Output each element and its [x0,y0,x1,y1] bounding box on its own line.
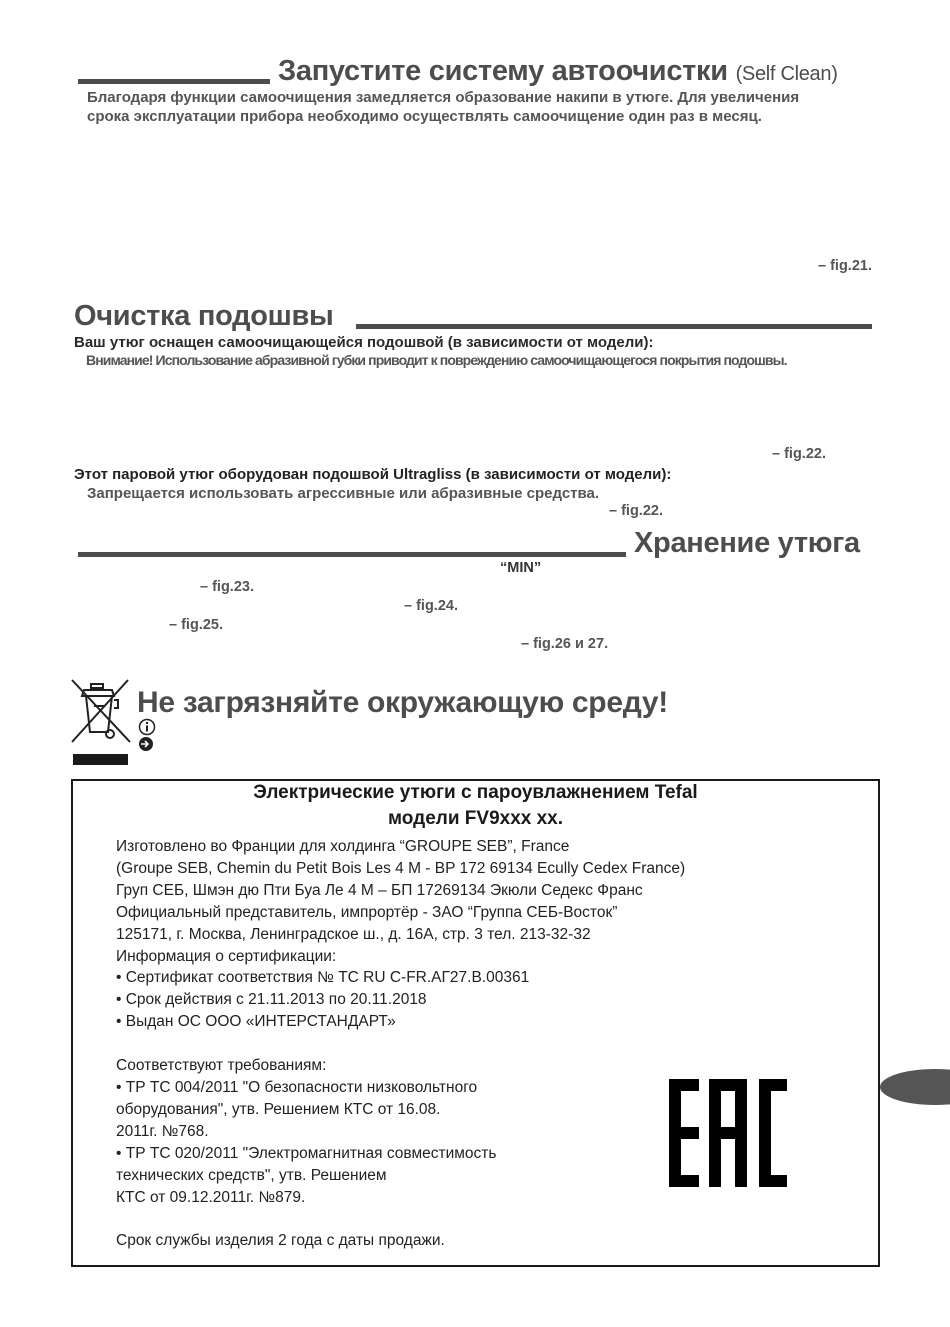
storage-heading: Хранение утюга [634,527,860,560]
certificate-line: (Groupe SEB, Chemin du Petit Bois Les 4 … [116,858,685,880]
heading-rule [78,79,270,84]
self-cleaning-label: Ваш утюг оснащен самоочищающейся подошво… [74,333,654,352]
certificate-line: • Выдан ОС ООО «ИНТЕРСТАНДАРТ» [116,1011,685,1033]
certificate-line: 125171, г. Москва, Ленинградское ш., д. … [116,924,685,946]
certificate-title-1: Электрические утюги с пароувлажнением Te… [73,782,878,804]
heading-rule [78,552,626,557]
certificate-line: Официальный представитель, импрортёр - З… [116,902,685,924]
certificate-line: Соответствуют требованиям: [116,1055,685,1077]
fig-ref-21: – fig.21. [818,258,872,274]
certificate-box: Электрические утюги с пароувлажнением Te… [71,779,880,1267]
fig-ref-22a: – fig.22. [772,446,826,462]
ultragliss-warning: Запрещается использовать агрессивные или… [87,484,599,503]
self-clean-intro-2: срока эксплуатации прибора необходимо ос… [87,107,762,126]
self-clean-heading: Запустите систему автоочистки (Self Clea… [278,55,838,88]
certificate-line: 2011г. №768. [116,1121,685,1143]
certificate-line: • ТР ТС 020/2011 "Электромагнитная совме… [116,1143,685,1165]
page-tab-marker [880,1069,950,1105]
recycle-arrow-icon [138,736,154,752]
certificate-line: • Сертификат соответствия № ТС RU C-FR.А… [116,967,685,989]
ultragliss-label: Этот паровой утюг оборудован подошвой Ul… [74,465,671,484]
fig-ref-26-27: – fig.26 и 27. [521,636,608,652]
certificate-line: КТС от 09.12.2011г. №879. [116,1187,685,1209]
certificate-title-2: модели FV9xxx xx. [73,808,878,830]
heading-rule [356,324,872,329]
certificate-line: технических средств", утв. Решением [116,1165,685,1187]
min-label: “MIN” [500,560,541,576]
certificate-line: • ТР ТС 004/2011 "О безопасности низково… [116,1077,685,1099]
blank-line [116,1208,685,1230]
abrasive-warning: Внимание! Использование абразивной губки… [86,352,787,368]
certificate-lines: Изготовлено во Франции для холдинга “GRO… [116,836,685,1252]
self-clean-suffix: (Self Clean) [736,63,838,85]
soleplate-heading: Очистка подошвы [74,300,334,333]
info-icon [138,718,156,736]
certificate-line: Груп СЕБ, Шмэн дю Пти Буа Ле 4 М – БП 17… [116,880,685,902]
certificate-line: Информация о сертификации: [116,946,685,968]
certificate-line: • Срок действия с 21.11.2013 по 20.11.20… [116,989,685,1011]
certificate-line: Изготовлено во Франции для холдинга “GRO… [116,836,685,858]
crossed-bin-icon [68,678,132,766]
environment-heading: Не загрязняйте окружающую среду! [137,686,668,720]
certificate-line: Срок службы изделия 2 года с даты продаж… [116,1230,685,1252]
self-clean-intro-1: Благодаря функции самоочищения замедляет… [87,88,799,107]
fig-ref-25: – fig.25. [169,617,223,633]
certificate-line: оборудования", утв. Решением КТС от 16.0… [116,1099,685,1121]
blank-line [116,1033,685,1055]
fig-ref-24: – fig.24. [404,598,458,614]
fig-ref-23: – fig.23. [200,579,254,595]
fig-ref-22b: – fig.22. [609,503,663,519]
self-clean-title: Запустите систему автоочистки [278,55,728,87]
eac-mark-icon [665,1075,789,1189]
